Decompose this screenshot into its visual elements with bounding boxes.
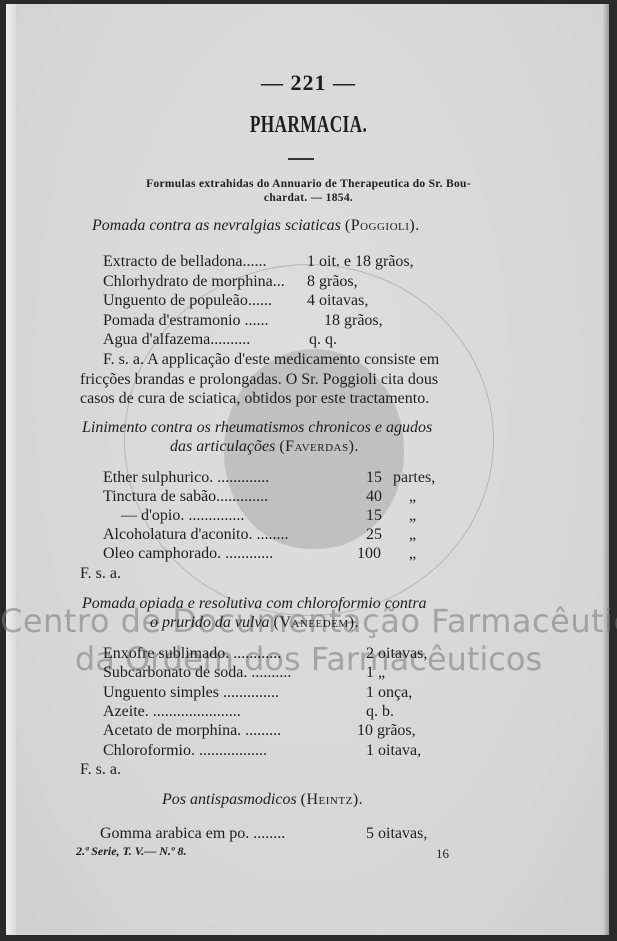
footer-series: 2.ª Serie, T. V.— N.º 8. (76, 844, 186, 859)
recipe-2-unit: partes, (393, 469, 435, 487)
recipe-1-author: (Poggioli). (345, 217, 420, 234)
recipe-4-item: Gomma arabica em po. ........ (100, 825, 285, 843)
recipe-1-note: casos de cura de sciatica, obtidos por e… (80, 390, 429, 408)
recipe-1-item: Agua d'alfazema.......... (103, 331, 250, 349)
recipe-3-item: Enxofre sublimado. ............ (103, 645, 281, 663)
recipe-3-item: Unguento simples .............. (103, 684, 279, 702)
recipe-2-qty: 40 (366, 488, 382, 506)
recipe-1-item: Chlorhydrato de morphina... (103, 273, 285, 291)
recipe-2-qty: 15 (366, 507, 382, 525)
recipe-1-title: Pomada contra as nevralgias sciaticas (92, 217, 341, 234)
recipe-3-item: Subcarbonato de soda. .......... (103, 664, 291, 682)
watermark-line-2: da Ordem dos Farmacêuticos (0, 640, 617, 678)
footer-signature: 16 (436, 846, 449, 862)
recipe-3-qty: 1 oitava, (366, 742, 421, 760)
recipe-2-title-line-1: Linimento contra os rheumatismos chronic… (82, 419, 432, 437)
page-edge-shadow (603, 4, 609, 935)
recipe-1-item: Unguento de populeão...... (103, 292, 272, 310)
recipe-2-item: Oleo camphorado. ............ (103, 545, 273, 563)
recipe-1-qty: q. q. (309, 331, 337, 349)
page-number-header: — 221 — (0, 70, 617, 96)
recipe-2-qty: 15 (366, 469, 382, 487)
recipe-1-qty: 1 oit. e 18 grãos, (307, 253, 414, 271)
recipe-2-unit: „ (409, 526, 416, 544)
recipe-2-item: Tinctura de sabão............. (103, 488, 268, 506)
recipe-3-title-line-2: o prurido da vulva (150, 614, 270, 631)
recipe-3-item: Chloroformio. ................. (103, 742, 267, 760)
recipe-1-qty: 4 oitavas, (307, 292, 368, 310)
recipe-1-note: F. s. a. A applicação d'este medicamento… (103, 351, 439, 369)
recipe-3-heading-line-2: o prurido da vulva (Vaneedem). (150, 614, 359, 632)
recipe-2-unit: „ (409, 488, 416, 506)
recipe-3-qty: 2 oitavas, (366, 645, 427, 663)
recipe-2-item: — d'opio. .............. (121, 507, 244, 525)
source-line-1: Formulas extrahidas do Annuario de Thera… (0, 178, 617, 190)
recipe-4-author: (Heintz). (301, 791, 363, 808)
recipe-4-qty: 5 oitavas, (366, 825, 427, 843)
recipe-2-heading-line-2: das articulações (Faverdas). (170, 438, 359, 456)
book-gutter (6, 4, 16, 935)
recipe-1-item: Pomada d'estramonio ...... (103, 312, 269, 330)
recipe-1-qty: 8 grãos, (307, 273, 358, 291)
recipe-2-unit: „ (409, 507, 416, 525)
recipe-3-qty: q. b. (366, 703, 394, 721)
recipe-3-item: Acetato de morphina. ......... (103, 722, 281, 740)
recipe-3-qty: 1 „ (366, 664, 385, 682)
recipe-2-unit: „ (409, 545, 416, 563)
recipe-2-note: F. s. a. (80, 565, 121, 583)
recipe-1-item: Extracto de belladona...... (103, 253, 267, 271)
recipe-3-qty: 10 grãos, (357, 722, 416, 740)
recipe-2-author: (Faverdas). (279, 438, 359, 455)
source-line-2: chardat. — 1854. (0, 192, 617, 204)
recipe-2-title-line-2: das articulações (170, 438, 275, 455)
recipe-3-title-line-1: Pomada opiada e resolutiva com chlorofor… (82, 595, 427, 613)
recipe-2-qty: 100 (357, 545, 381, 563)
recipe-1-heading: Pomada contra as nevralgias sciaticas (P… (92, 217, 420, 235)
recipe-4-heading: Pos antispasmodicos (Heintz). (162, 791, 363, 809)
section-title: PHARMACIA. (86, 112, 530, 139)
recipe-4-title: Pos antispasmodicos (162, 791, 297, 808)
recipe-3-item: Azeite. ...................... (103, 703, 241, 721)
recipe-1-qty: 18 grãos, (324, 312, 383, 330)
recipe-2-item: Ether sulphurico. ............. (103, 469, 269, 487)
recipe-2-item: Alcoholatura d'aconito. ........ (103, 526, 289, 544)
recipe-2-qty: 25 (366, 526, 382, 544)
recipe-3-note: F. s. a. (80, 761, 121, 779)
recipe-3-author: (Vaneedem). (274, 614, 359, 631)
title-rule (288, 158, 314, 160)
recipe-1-note: fricções brandas e prolongadas. O Sr. Po… (80, 371, 438, 389)
recipe-3-qty: 1 onça, (366, 684, 412, 702)
